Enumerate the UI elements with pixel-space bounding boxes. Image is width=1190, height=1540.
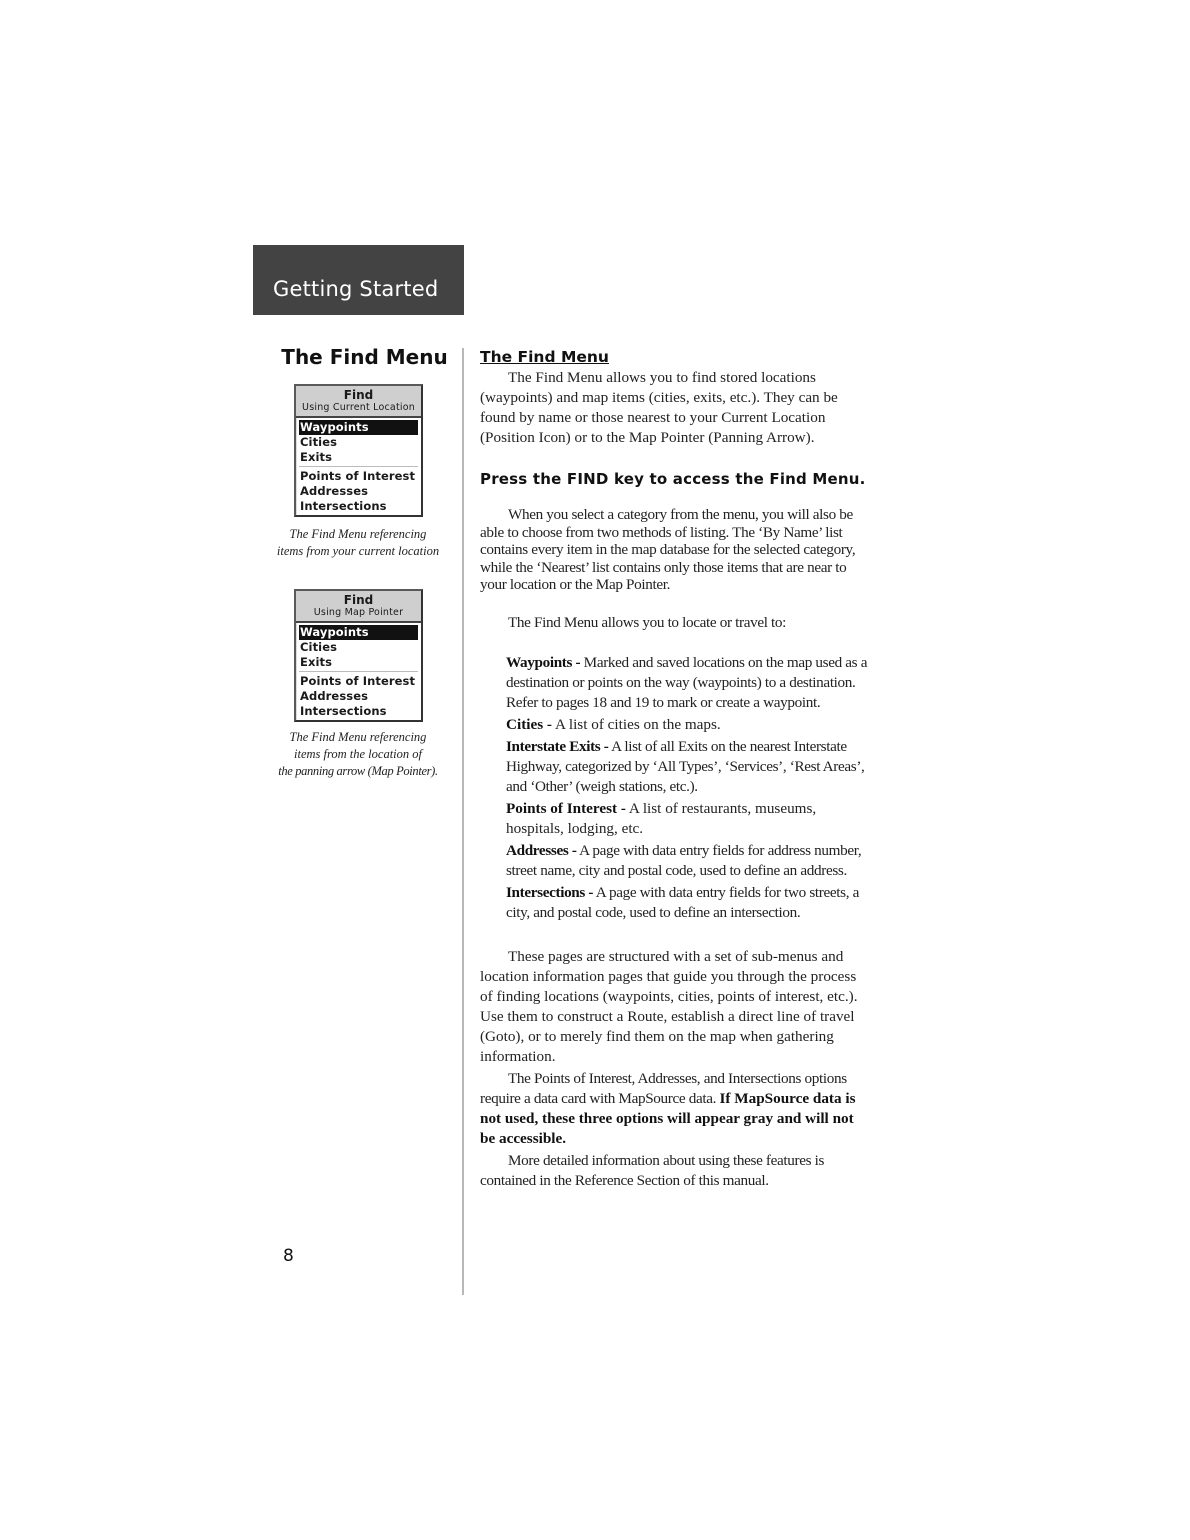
caption-line: The Find Menu referencing [263,526,453,543]
reference-paragraph: More detailed information about using th… [480,1151,870,1191]
sidebar-title: The Find Menu [253,345,464,369]
screen-subtitle: Using Current Location [296,402,421,414]
menu-item-points-of-interest: Points of Interest [299,674,418,689]
section-header-tab: Getting Started [253,245,464,315]
main-column: The Find Menu The Find Menu allows you t… [480,346,870,1191]
screen-header: Find Using Map Pointer [296,591,421,623]
definition-term: Cities - [506,716,552,733]
definition-term: Waypoints - [506,654,580,671]
listing-methods-paragraph: When you select a category from the menu… [480,506,870,594]
screen-title: Find [296,594,421,607]
caption-line: The Find Menu referencing [263,729,453,746]
column-divider [462,348,464,1295]
find-menu-screen-current-location: Find Using Current Location Waypoints Ci… [294,384,423,517]
definition-term: Interstate Exits - [506,738,609,755]
structure-paragraph: These pages are structured with a set of… [480,947,870,1067]
menu-item-intersections: Intersections [299,704,418,719]
menu-item-intersections: Intersections [299,499,418,514]
mapsource-paragraph: The Points of Interest, Addresses, and I… [480,1069,870,1149]
screen-subtitle: Using Map Pointer [296,607,421,619]
menu-item-waypoints: Waypoints [299,420,418,435]
screen-header: Find Using Current Location [296,386,421,418]
definition-text: A list of cities on the maps. [552,716,721,733]
menu-item-cities: Cities [299,640,418,655]
caption-line: the panning arrow (Map Pointer). [263,763,453,780]
screen-caption-current-location: The Find Menu referencing items from you… [263,526,453,560]
definition-waypoints: Waypoints - Marked and saved locations o… [506,653,870,713]
screen-menu-list: Waypoints Cities Exits Points of Interes… [296,418,421,515]
list-intro-paragraph: The Find Menu allows you to locate or tr… [480,613,870,633]
definition-term: Intersections - [506,884,593,901]
screen-caption-map-pointer: The Find Menu referencing items from the… [263,729,453,780]
definition-term: Addresses - [506,842,577,859]
menu-item-exits: Exits [299,655,418,670]
definition-interstate-exits: Interstate Exits - A list of all Exits o… [506,737,870,797]
menu-item-exits: Exits [299,450,418,465]
intro-paragraph: The Find Menu allows you to find stored … [480,368,870,448]
definition-term: Points of Interest - [506,800,626,817]
section-header-label: Getting Started [273,277,438,301]
page-number: 8 [283,1246,294,1266]
menu-separator [299,671,418,672]
menu-item-waypoints: Waypoints [299,625,418,640]
screen-menu-list: Waypoints Cities Exits Points of Interes… [296,623,421,720]
definition-points-of-interest: Points of Interest - A list of restauran… [506,799,870,839]
menu-separator [299,466,418,467]
definition-addresses: Addresses - A page with data entry field… [506,841,870,881]
menu-item-cities: Cities [299,435,418,450]
definition-list: Waypoints - Marked and saved locations o… [506,653,870,923]
find-menu-screen-map-pointer: Find Using Map Pointer Waypoints Cities … [294,589,423,722]
menu-item-addresses: Addresses [299,689,418,704]
screen-title: Find [296,389,421,402]
main-heading: The Find Menu [480,346,870,368]
instruction-heading: Press the FIND key to access the Find Me… [480,468,870,490]
caption-line: items from the location of [263,746,453,763]
menu-item-points-of-interest: Points of Interest [299,469,418,484]
caption-line: items from your current location [263,543,453,560]
definition-intersections: Intersections - A page with data entry f… [506,883,870,923]
definition-cities: Cities - A list of cities on the maps. [506,715,870,735]
menu-item-addresses: Addresses [299,484,418,499]
